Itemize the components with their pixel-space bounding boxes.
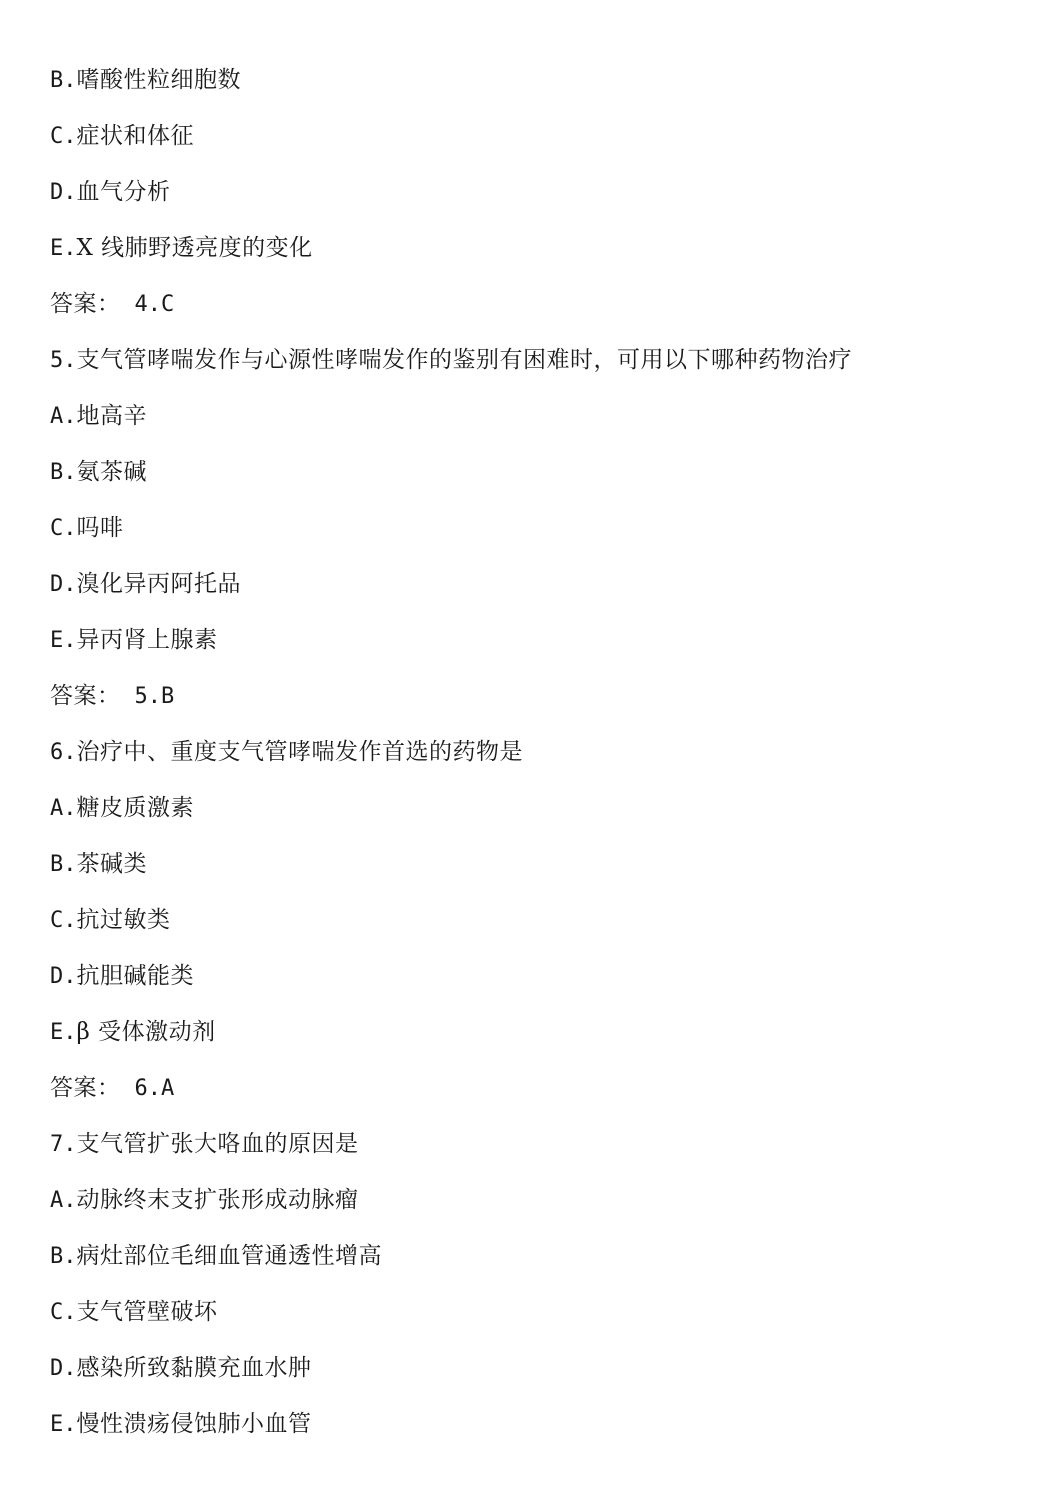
answer-5: 答案：5.B bbox=[50, 677, 1030, 733]
option-6a: A.糖皮质激素 bbox=[50, 789, 1030, 845]
answer-value: 6.A bbox=[135, 1076, 175, 1101]
option-text: 糖皮质激素 bbox=[77, 795, 195, 821]
option-6c: C.抗过敏类 bbox=[50, 901, 1030, 957]
option-text: 茶碱类 bbox=[77, 851, 148, 877]
option-text: 慢性溃疡侵蚀肺小血管 bbox=[77, 1411, 312, 1437]
option-text: X 线肺野透亮度的变化 bbox=[77, 235, 313, 261]
option-5e: E.异丙肾上腺素 bbox=[50, 621, 1030, 677]
option-text: 嗜酸性粒细胞数 bbox=[77, 67, 242, 93]
option-text: 异丙肾上腺素 bbox=[77, 627, 218, 653]
option-7c: C.支气管壁破坏 bbox=[50, 1293, 1030, 1349]
option-letter: D. bbox=[50, 964, 77, 989]
option-text: 溴化异丙阿托品 bbox=[77, 571, 242, 597]
option-letter: C. bbox=[50, 1300, 77, 1325]
option-5b: B.氨茶碱 bbox=[50, 453, 1030, 509]
answer-label: 答案： bbox=[50, 683, 121, 709]
option-5c: C.吗啡 bbox=[50, 509, 1030, 565]
option-7d: D.感染所致黏膜充血水肿 bbox=[50, 1349, 1030, 1405]
answer-value: 4.C bbox=[135, 292, 175, 317]
option-text: 血气分析 bbox=[77, 179, 171, 205]
option-letter: D. bbox=[50, 572, 77, 597]
option-letter: B. bbox=[50, 852, 77, 877]
option-text: 地高辛 bbox=[77, 403, 148, 429]
option-text: 抗胆碱能类 bbox=[77, 963, 195, 989]
option-4b: B.嗜酸性粒细胞数 bbox=[50, 61, 1030, 117]
question-number: 6. bbox=[50, 740, 77, 765]
question-7: 7.支气管扩张大咯血的原因是 bbox=[50, 1125, 1030, 1181]
option-text: 抗过敏类 bbox=[77, 907, 171, 933]
option-letter: E. bbox=[50, 1020, 77, 1045]
option-text: 感染所致黏膜充血水肿 bbox=[77, 1355, 312, 1381]
question-text: 治疗中、重度支气管哮喘发作首选的药物是 bbox=[77, 739, 524, 765]
answer-label: 答案： bbox=[50, 1075, 121, 1101]
option-5a: A.地高辛 bbox=[50, 397, 1030, 453]
option-letter: D. bbox=[50, 180, 77, 205]
option-letter: A. bbox=[50, 1188, 77, 1213]
option-text: β 受体激动剂 bbox=[77, 1019, 216, 1045]
document-page: B.嗜酸性粒细胞数 C.症状和体征 D.血气分析 E.X 线肺野透亮度的变化 答… bbox=[50, 61, 1030, 1461]
option-text: 吗啡 bbox=[77, 515, 124, 541]
option-letter: C. bbox=[50, 124, 77, 149]
option-7b: B.病灶部位毛细血管通透性增高 bbox=[50, 1237, 1030, 1293]
option-letter: A. bbox=[50, 796, 77, 821]
option-letter: E. bbox=[50, 628, 77, 653]
option-letter: E. bbox=[50, 236, 77, 261]
option-letter: B. bbox=[50, 68, 77, 93]
question-6: 6.治疗中、重度支气管哮喘发作首选的药物是 bbox=[50, 733, 1030, 789]
option-5d: D.溴化异丙阿托品 bbox=[50, 565, 1030, 621]
option-letter: E. bbox=[50, 1412, 77, 1437]
option-6d: D.抗胆碱能类 bbox=[50, 957, 1030, 1013]
option-text: 氨茶碱 bbox=[77, 459, 148, 485]
option-6e: E.β 受体激动剂 bbox=[50, 1013, 1030, 1069]
option-letter: B. bbox=[50, 1244, 77, 1269]
question-text: 支气管扩张大咯血的原因是 bbox=[77, 1131, 359, 1157]
option-letter: A. bbox=[50, 404, 77, 429]
option-letter: C. bbox=[50, 908, 77, 933]
option-7e: E.慢性溃疡侵蚀肺小血管 bbox=[50, 1405, 1030, 1461]
answer-label: 答案： bbox=[50, 291, 121, 317]
question-number: 5. bbox=[50, 348, 77, 373]
option-letter: B. bbox=[50, 460, 77, 485]
option-text: 动脉终末支扩张形成动脉瘤 bbox=[77, 1187, 359, 1213]
option-4c: C.症状和体征 bbox=[50, 117, 1030, 173]
option-text: 支气管壁破坏 bbox=[77, 1299, 218, 1325]
answer-value: 5.B bbox=[135, 684, 175, 709]
answer-4: 答案：4.C bbox=[50, 285, 1030, 341]
question-5: 5.支气管哮喘发作与心源性哮喘发作的鉴别有困难时，可用以下哪种药物治疗 bbox=[50, 341, 1030, 397]
option-4e: E.X 线肺野透亮度的变化 bbox=[50, 229, 1030, 285]
option-letter: D. bbox=[50, 1356, 77, 1381]
answer-6: 答案：6.A bbox=[50, 1069, 1030, 1125]
option-4d: D.血气分析 bbox=[50, 173, 1030, 229]
option-text: 病灶部位毛细血管通透性增高 bbox=[77, 1243, 383, 1269]
option-text: 症状和体征 bbox=[77, 123, 195, 149]
option-6b: B.茶碱类 bbox=[50, 845, 1030, 901]
question-number: 7. bbox=[50, 1132, 77, 1157]
option-letter: C. bbox=[50, 516, 77, 541]
option-7a: A.动脉终末支扩张形成动脉瘤 bbox=[50, 1181, 1030, 1237]
question-text: 支气管哮喘发作与心源性哮喘发作的鉴别有困难时，可用以下哪种药物治疗 bbox=[77, 347, 853, 373]
